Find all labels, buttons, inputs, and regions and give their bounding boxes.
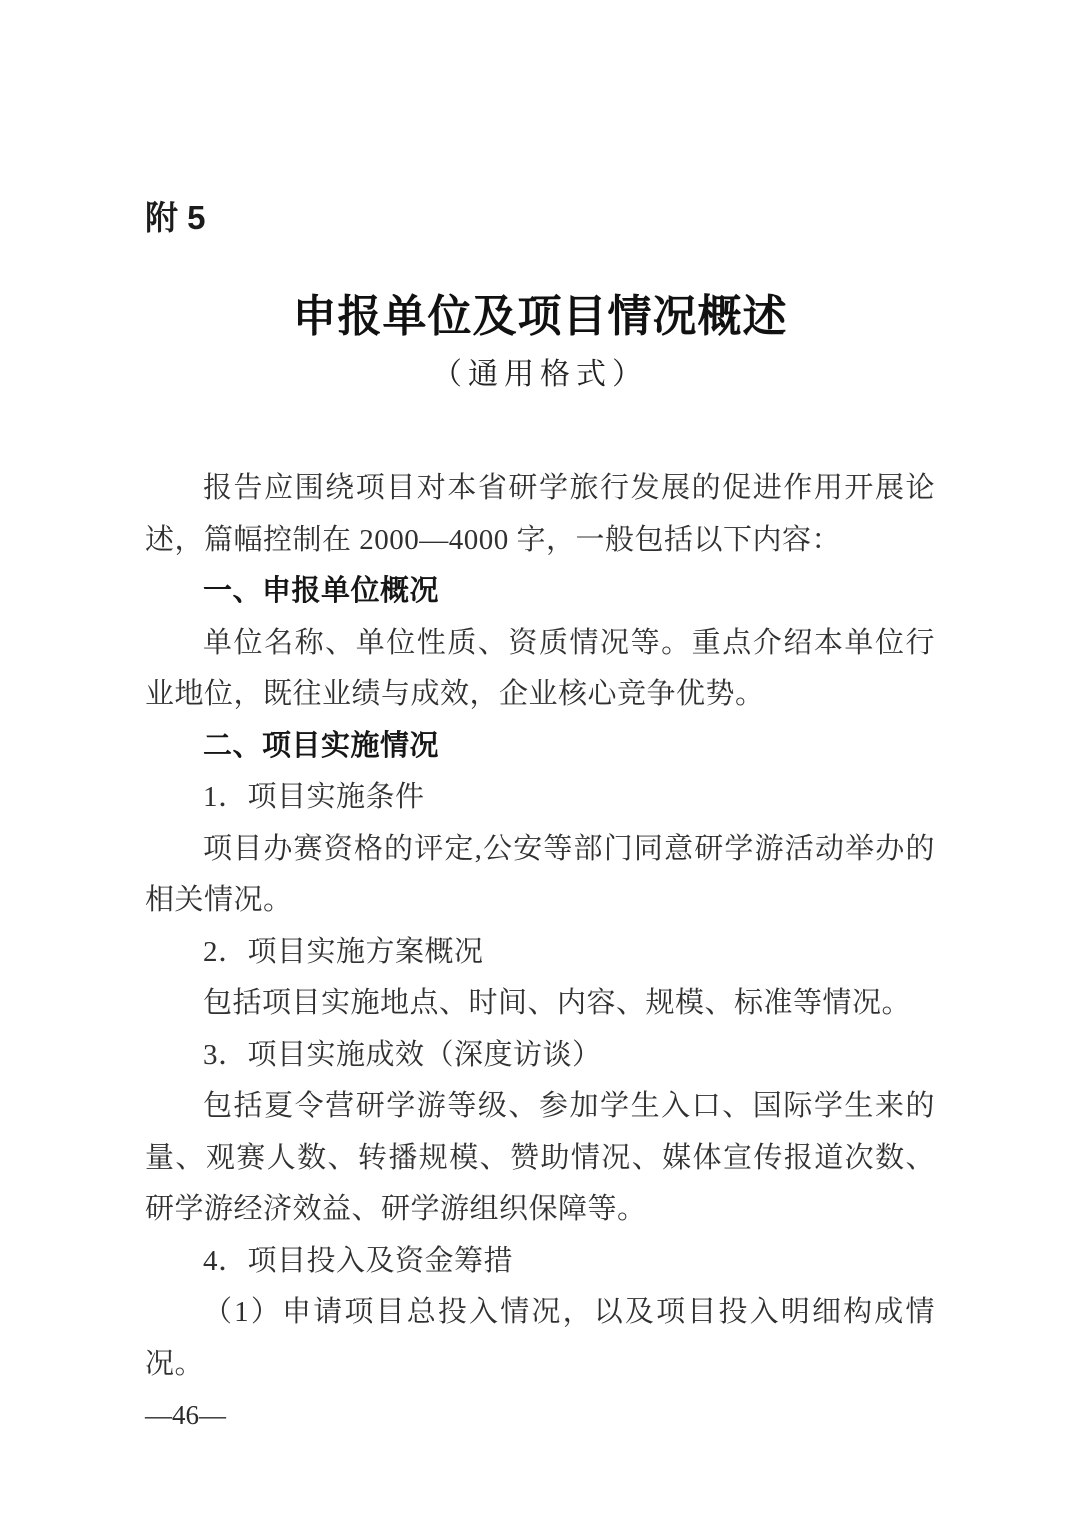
paragraph-subitem: 1．项目实施条件: [145, 772, 935, 824]
document-title: 申报单位及项目情况概述: [0, 290, 1080, 343]
paragraph-subitem: 2．项目实施方案概况: [145, 927, 935, 979]
paragraph-body: 包括项目实施地点、时间、内容、规模、标准等情况。: [145, 978, 935, 1030]
document-body: 报告应围绕项目对本省研学旅行发展的促进作用开展论述，篇幅控制在 2000—400…: [0, 463, 1080, 1390]
paragraph-body: 项目办赛资格的评定,公安等部门同意研学游活动举办的相关情况。: [145, 824, 935, 927]
paragraph-subitem: 4．项目投入及资金筹措: [145, 1236, 935, 1288]
paragraph-body: 包括夏令营研学游等级、参加学生入口、国际学生来的量、观赛人数、转播规模、赞助情况…: [145, 1081, 935, 1236]
page-number: —46—: [145, 1398, 1080, 1432]
paragraph-subitem: 3．项目实施成效（深度访谈）: [145, 1030, 935, 1082]
paragraph-body: （1）申请项目总投入情况，以及项目投入明细构成情况。: [145, 1287, 935, 1390]
paragraph-body: 报告应围绕项目对本省研学旅行发展的促进作用开展论述，篇幅控制在 2000—400…: [145, 463, 935, 566]
document-page: 附 5 申报单位及项目情况概述 （通用格式） 报告应围绕项目对本省研学旅行发展的…: [0, 0, 1080, 1527]
paragraph-heading: 一、申报单位概况: [145, 566, 935, 618]
paragraph-heading: 二、项目实施情况: [145, 721, 935, 773]
paragraph-body: 单位名称、单位性质、资质情况等。重点介绍本单位行业地位，既往业绩与成效，企业核心…: [145, 618, 935, 721]
document-subtitle: （通用格式）: [0, 357, 1080, 393]
attachment-label: 附 5: [145, 0, 1080, 238]
